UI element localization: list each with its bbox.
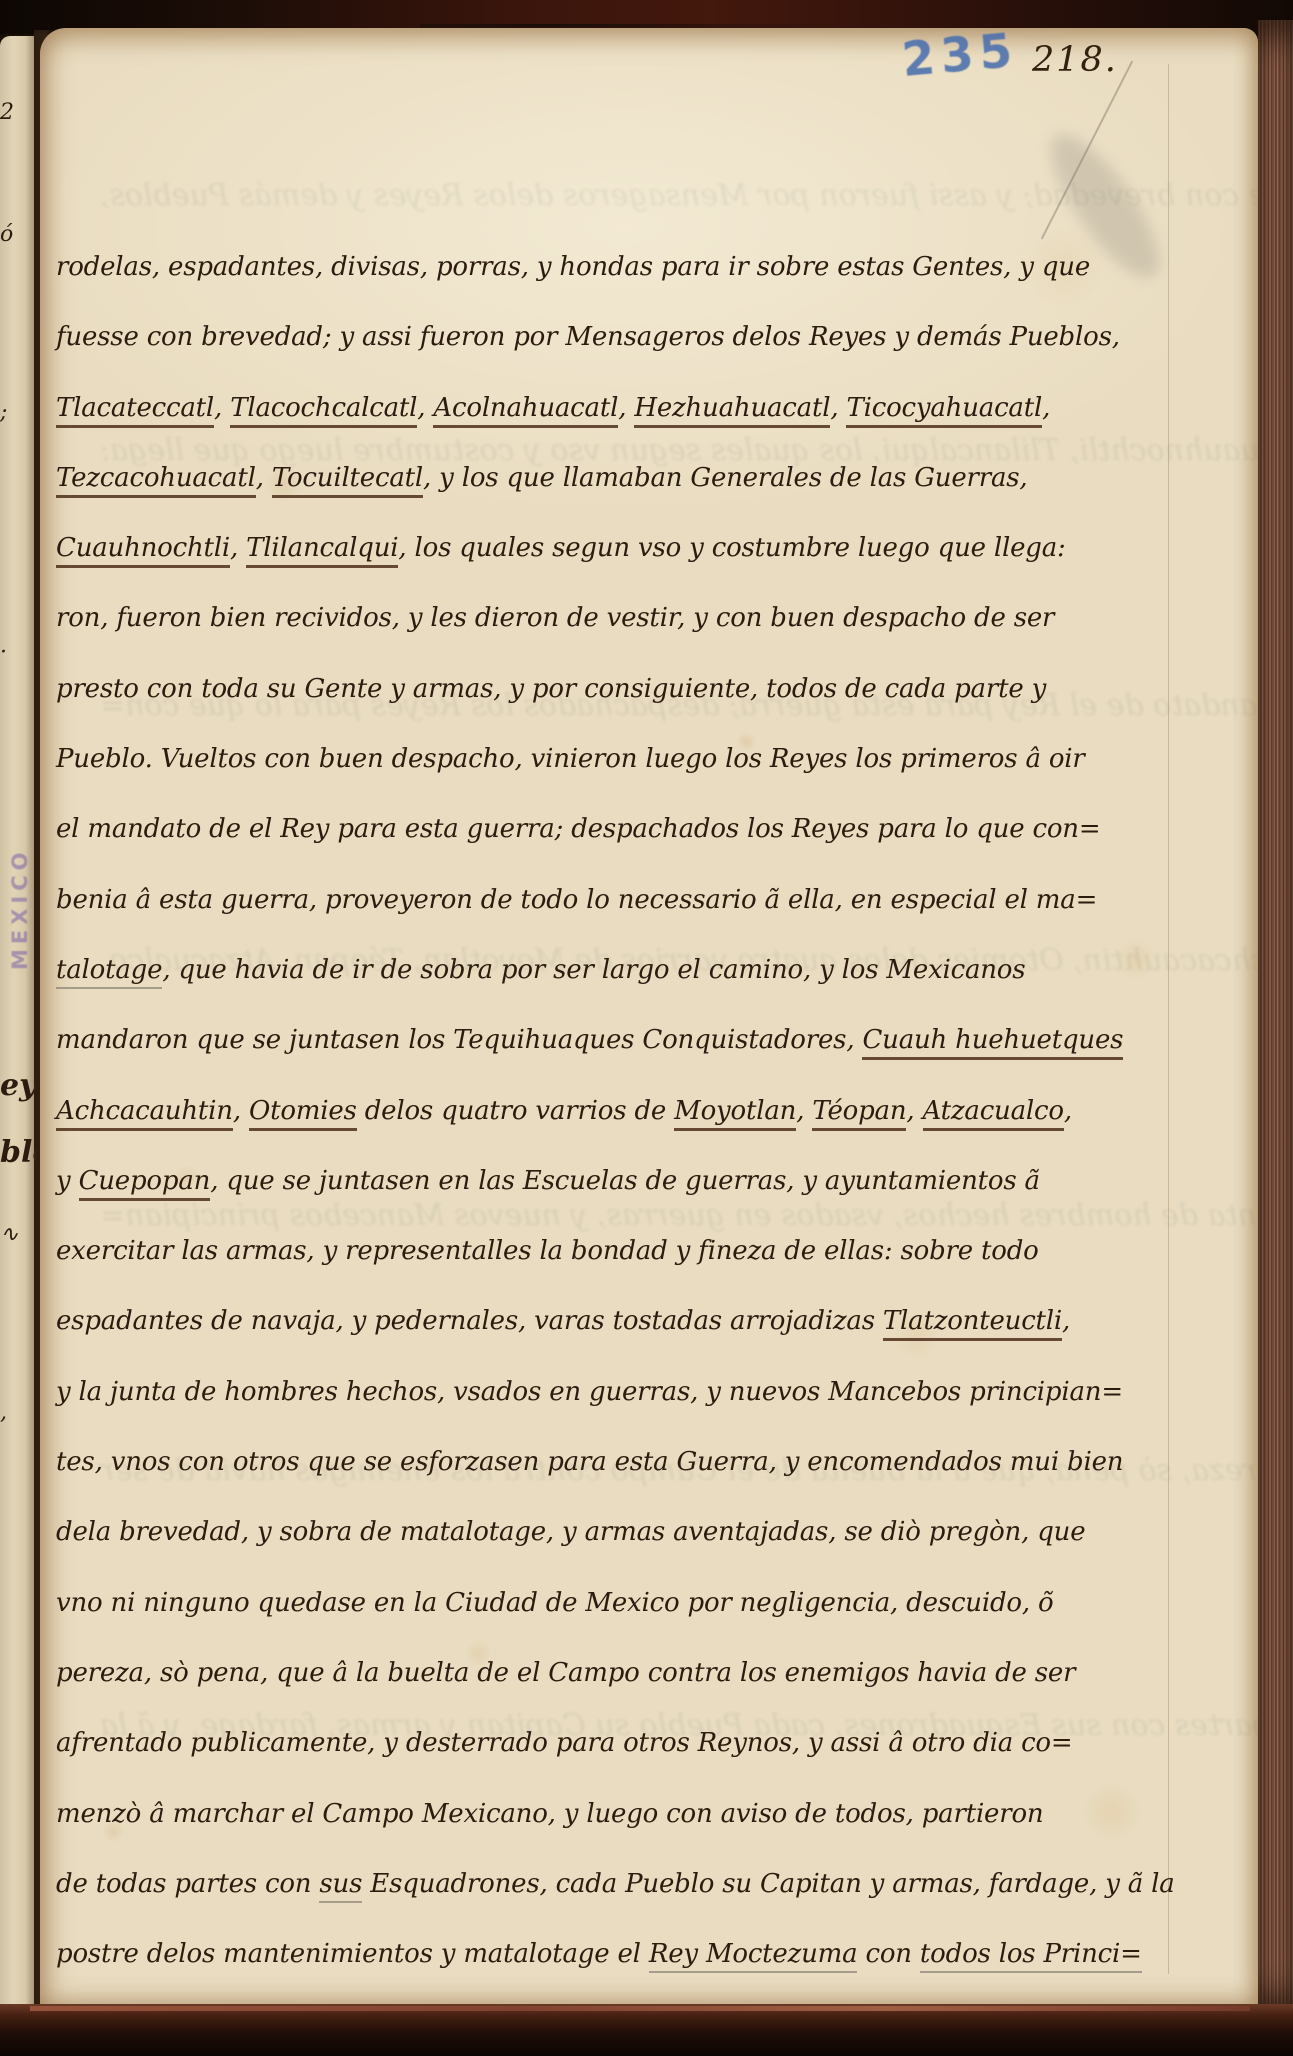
manuscript-line: talotage, que havia de ir de sobra por s… [56, 935, 1246, 1005]
margin-fragment: 2 [0, 100, 36, 125]
manuscript-line: postre delos mantenimientos y matalotage… [56, 1919, 1246, 1989]
book-binding-bottom [0, 2004, 1293, 2056]
manuscript-line: menzò â marchar el Campo Mexicano, y lue… [56, 1779, 1246, 1849]
manuscript-line: vno ni ninguno quedase en la Ciudad de M… [56, 1568, 1246, 1638]
manuscript-page: fuesse con brevedad; y assi fueron por M… [40, 28, 1258, 2010]
manuscript-line: y Cuepopan, que se juntasen en las Escue… [56, 1146, 1246, 1216]
facing-page-edge [0, 36, 34, 2024]
manuscript-line: presto con toda su Gente y armas, y por … [56, 654, 1246, 724]
manuscript-line: de todas partes con sus Esquadrones, cad… [56, 1849, 1246, 1919]
margin-fragment: ∿ [0, 1222, 36, 1247]
folio-number-pencil: 235 [900, 23, 1020, 88]
margin-fragment: · [0, 640, 36, 665]
gutter-stamp: MEXICO [8, 820, 32, 970]
folio-number-ink: 218. [1032, 40, 1118, 80]
margin-fragment: blo. [0, 1135, 36, 1170]
manuscript-line: pereza, sò pena, que â la buelta de el C… [56, 1638, 1246, 1708]
manuscript-line: benia â esta guerra, proveyeron de todo … [56, 865, 1246, 935]
book-page-edges [1258, 20, 1293, 2012]
manuscript-line: Tlacateccatl, Tlacochcalcatl, Acolnahuac… [56, 373, 1246, 443]
manuscript-line: y la junta de hombres hechos, vsados en … [56, 1357, 1246, 1427]
manuscript-line: dela brevedad, y sobra de matalotage, y … [56, 1497, 1246, 1567]
manuscript-line: ron, fueron bien recividos, y les dieron… [56, 583, 1246, 653]
margin-fragment: ó [0, 222, 36, 247]
manuscript-line: Pueblo. Vueltos con buen despacho, vinie… [56, 724, 1246, 794]
manuscript-line: espadantes de navaja, y pedernales, vara… [56, 1286, 1246, 1356]
manuscript-line: exercitar las armas, y representalles la… [56, 1216, 1246, 1286]
margin-fragment: , [0, 1400, 36, 1425]
margin-fragment: ; [0, 400, 36, 425]
manuscript-line: Achcacauhtin, Otomies delos quatro varri… [56, 1076, 1246, 1146]
manuscript-line: Tezcacohuacatl, Tocuiltecatl, y los que … [56, 443, 1246, 513]
manuscript-line: afrentado publicamente, y desterrado par… [56, 1708, 1246, 1778]
manuscript-text: rodelas, espadantes, divisas, porras, y … [56, 232, 1246, 1989]
manuscript-line: el mandato de el Rey para esta guerra; d… [56, 794, 1246, 864]
manuscript-line: mandaron que se juntasen los Tequihuaque… [56, 1005, 1246, 1075]
margin-fragment: ey [0, 1068, 36, 1103]
manuscript-line: rodelas, espadantes, divisas, porras, y … [56, 232, 1246, 302]
manuscript-line: Cuauhnochtli, Tlilancalqui, los quales s… [56, 513, 1246, 583]
manuscript-line: fuesse con brevedad; y assi fueron por M… [56, 302, 1246, 372]
manuscript-scan: 2 ó ; · ey blo. ∿ , MEXICO fuesse con br… [0, 0, 1293, 2056]
manuscript-line: tes, vnos con otros que se esforzasen pa… [56, 1427, 1246, 1497]
